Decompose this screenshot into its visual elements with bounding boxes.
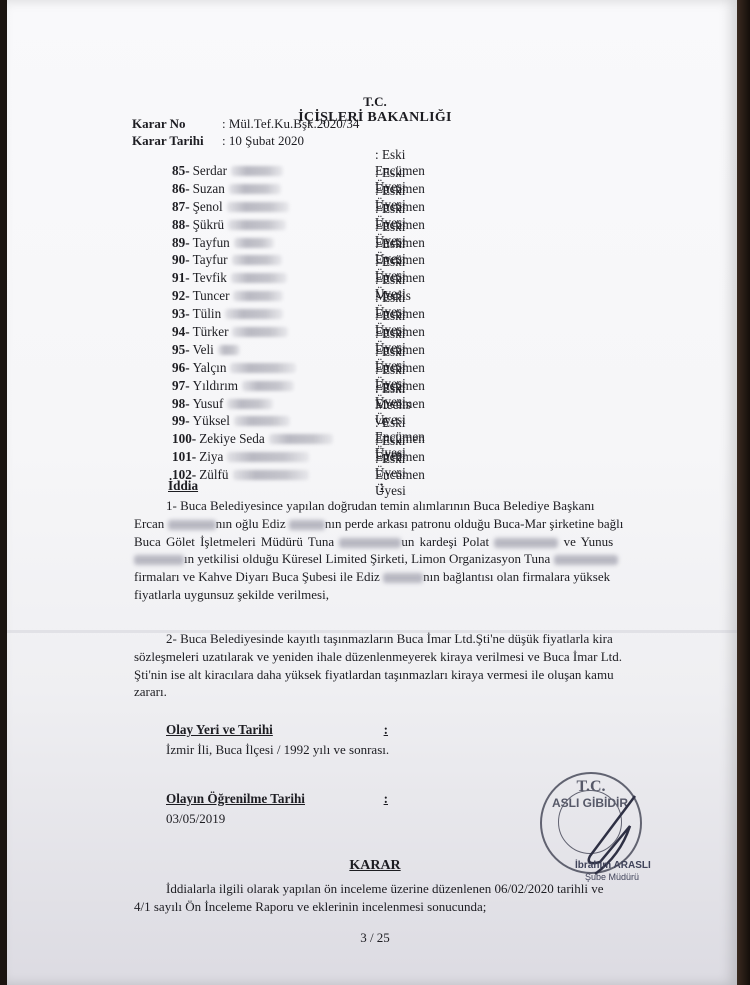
allegation-item-2: 2- Buca Belediyesinde kayıtlı taşınmazla… <box>134 630 671 701</box>
allegation-1-line-3: Buca Gölet İşletmeleri Müdürü Tuna un ka… <box>134 533 671 551</box>
redacted-surname <box>227 202 289 212</box>
member-number: 85- <box>172 163 190 179</box>
member-number: 92- <box>172 288 190 304</box>
member-name: Suzan <box>193 181 225 197</box>
redacted-surname <box>227 452 309 462</box>
member-row: 95-Veli: Eski Encümen Üyesi <box>172 341 333 359</box>
decision-no-value: : Mül.Tef.Ku.Bşk.2020/34 <box>222 116 359 133</box>
member-list: 85-Serdar: Eski Encümen Üyesi86-Suzan: E… <box>172 162 333 484</box>
learned-date-heading-colon: : <box>384 791 388 807</box>
member-number: 88- <box>172 217 190 233</box>
allegation-1-line-4: ın yetkilisi olduğu Küresel Limited Şirk… <box>134 550 671 568</box>
member-row: 101- Ziya: Eski Encümen Üyesi <box>172 448 333 466</box>
redacted-surname <box>230 363 296 373</box>
redacted-name <box>554 555 618 565</box>
redacted-name <box>383 573 423 583</box>
allegation-1-line-1: 1- Buca Belediyesince yapılan doğrudan t… <box>134 497 671 515</box>
redacted-surname <box>228 220 286 230</box>
member-name: Şükrü <box>193 217 225 233</box>
member-name: Tuncer <box>193 288 230 304</box>
ministry-title: İÇİŞLERİ BAKANLIĞI <box>0 110 750 126</box>
member-number: 95- <box>172 342 190 358</box>
member-number: 86- <box>172 181 190 197</box>
text-fragment: nın oğlu Ediz <box>216 516 286 531</box>
member-number: 96- <box>172 360 190 376</box>
redacted-name <box>339 538 401 548</box>
text-fragment: Buca Gölet İşletmeleri Müdürü Tuna <box>134 534 334 549</box>
incident-place-value: İzmir İli, Buca İlçesi / 1992 yılı ve so… <box>166 741 389 759</box>
allegation-heading-text: İddia <box>168 478 198 494</box>
redacted-surname <box>242 381 294 391</box>
member-name: Yusuf <box>193 396 224 412</box>
member-number: 94- <box>172 324 190 340</box>
member-number: 98- <box>172 396 190 412</box>
member-name: Yüksel <box>193 413 230 429</box>
decision-heading: KARAR <box>0 858 750 874</box>
redacted-surname <box>225 309 283 319</box>
member-row: 90-Tayfur: Eski Encümen Üyesi <box>172 251 333 269</box>
redacted-name <box>134 555 184 565</box>
member-row: 93-Tülin: Eski Encümen Üyesi <box>172 305 333 323</box>
redacted-surname <box>229 184 281 194</box>
decision-date-label: Karar Tarihi <box>132 133 222 150</box>
member-number: 87- <box>172 199 190 215</box>
member-row: 89-Tayfun: Eski Encümen Üyesi <box>172 234 333 252</box>
text-fragment: ve Yunus <box>564 534 614 549</box>
text-fragment: Ercan <box>134 516 164 531</box>
learned-date-value: 03/05/2019 <box>166 810 225 828</box>
member-row: 85-Serdar: Eski Encümen Üyesi <box>172 162 333 180</box>
member-row: 86-Suzan: Eski Encümen Üyesi <box>172 180 333 198</box>
member-name: Tülin <box>193 306 222 322</box>
member-row: 87-Şenol: Eski Encümen Üyesi <box>172 198 333 216</box>
member-row: 94-Türker: Eski Encümen Üyesi <box>172 323 333 341</box>
allegation-2-line-3: Şti'nin ise alt kiracılara daha yüksek f… <box>134 666 671 684</box>
allegation-heading-colon: : <box>380 478 384 494</box>
background-edge <box>737 0 750 985</box>
redacted-surname <box>233 291 283 301</box>
document-header: T.C. İÇİŞLERİ BAKANLIĞI <box>0 94 750 126</box>
decision-text: İddialarla ilgili olarak yapılan ön ince… <box>134 880 671 916</box>
redacted-surname <box>227 399 273 409</box>
decision-date-value: : 10 Şubat 2020 <box>222 133 304 150</box>
incident-place-heading: Olay Yeri ve Tarihi : <box>166 722 388 738</box>
member-number: 97- <box>172 378 190 394</box>
member-name: Yıldırım <box>193 378 238 394</box>
decision-line-1: İddialarla ilgili olarak yapılan ön ince… <box>134 880 671 898</box>
redacted-name <box>494 538 558 548</box>
incident-place-heading-colon: : <box>384 722 388 738</box>
member-name: Türker <box>193 324 229 340</box>
decision-meta: Karar No : Mül.Tef.Ku.Bşk.2020/34 Karar … <box>132 116 359 150</box>
member-name: Tayfun <box>193 235 230 251</box>
allegation-1-line-2: Ercan nın oğlu Ediz nın perde arkası pat… <box>134 515 671 533</box>
member-row: 100- Zekiye Seda: Eski Encümen Üyesi <box>172 430 333 448</box>
allegation-1-line-5: firmaları ve Kahve Diyarı Buca Şubesi il… <box>134 568 671 586</box>
text-fragment: nın perde arkası patronu olduğu Buca-Mar… <box>325 516 624 531</box>
text-fragment: nın bağlantısı olan firmalara yüksek <box>423 569 610 584</box>
member-number: 93- <box>172 306 190 322</box>
member-name: Ziya <box>199 449 223 465</box>
member-row: 99-Yüksel: Eski Meclis ve Encümen Üyesi <box>172 412 333 430</box>
text-fragment: un kardeşi Polat <box>401 534 489 549</box>
member-row: 98-Yusuf: Eski Encümen Üyesi <box>172 395 333 413</box>
member-name: Yalçın <box>193 360 227 376</box>
redacted-surname <box>231 273 287 283</box>
member-row: 97-Yıldırım: Eski Encümen Üyesi <box>172 377 333 395</box>
member-name: Serdar <box>193 163 227 179</box>
decision-no-label: Karar No <box>132 116 222 133</box>
text-fragment: firmaları ve Kahve Diyarı Buca Şubesi il… <box>134 569 380 584</box>
redacted-name <box>289 520 325 530</box>
redacted-surname <box>218 345 240 355</box>
member-number: 91- <box>172 270 190 286</box>
redacted-name <box>168 520 216 530</box>
allegation-2-line-2: sözleşmeleri uzatılarak ve yeniden ihale… <box>134 648 671 666</box>
redacted-surname <box>234 416 290 426</box>
member-name: Tevfik <box>193 270 227 286</box>
member-row: 91-Tevfik: Eski Encümen Üyesi <box>172 269 333 287</box>
member-number: 89- <box>172 235 190 251</box>
redacted-surname <box>234 238 274 248</box>
redacted-surname <box>269 434 333 444</box>
member-name: Veli <box>193 342 214 358</box>
member-row: 92-Tuncer: Eski Meclis Üyesi <box>172 287 333 305</box>
incident-place-heading-text: Olay Yeri ve Tarihi <box>166 722 273 738</box>
member-number: 90- <box>172 252 190 268</box>
learned-date-heading: Olayın Öğrenilme Tarihi : <box>166 791 388 807</box>
member-row: 88-Şükrü: Eski Encümen Üyesi <box>172 216 333 234</box>
page-number: 3 / 25 <box>0 930 750 946</box>
member-number: 100- <box>172 431 196 447</box>
member-number: 101- <box>172 449 196 465</box>
country-abbrev: T.C. <box>0 94 750 110</box>
text-fragment: ın yetkilisi olduğu Küresel Limited Şirk… <box>184 551 550 566</box>
member-name: Zekiye Seda <box>199 431 265 447</box>
redacted-surname <box>232 327 288 337</box>
allegation-1-line-6: fiyatlarla uygunsuz şekilde verilmesi, <box>134 586 671 604</box>
member-name: Tayfur <box>193 252 228 268</box>
allegation-2-line-4: zararı. <box>134 683 671 701</box>
member-row: 96-Yalçın: Eski Encümen Üyesi <box>172 359 333 377</box>
redacted-surname <box>231 166 283 176</box>
allegation-heading: İddia : <box>168 478 384 494</box>
member-name: Şenol <box>193 199 223 215</box>
decision-line-2: 4/1 sayılı Ön İnceleme Raporu ve eklerin… <box>134 898 671 916</box>
allegation-2-line-1: 2- Buca Belediyesinde kayıtlı taşınmazla… <box>134 630 671 648</box>
learned-date-heading-text: Olayın Öğrenilme Tarihi <box>166 791 305 807</box>
member-number: 99- <box>172 413 190 429</box>
redacted-surname <box>232 255 282 265</box>
allegation-item-1: 1- Buca Belediyesince yapılan doğrudan t… <box>134 497 671 604</box>
